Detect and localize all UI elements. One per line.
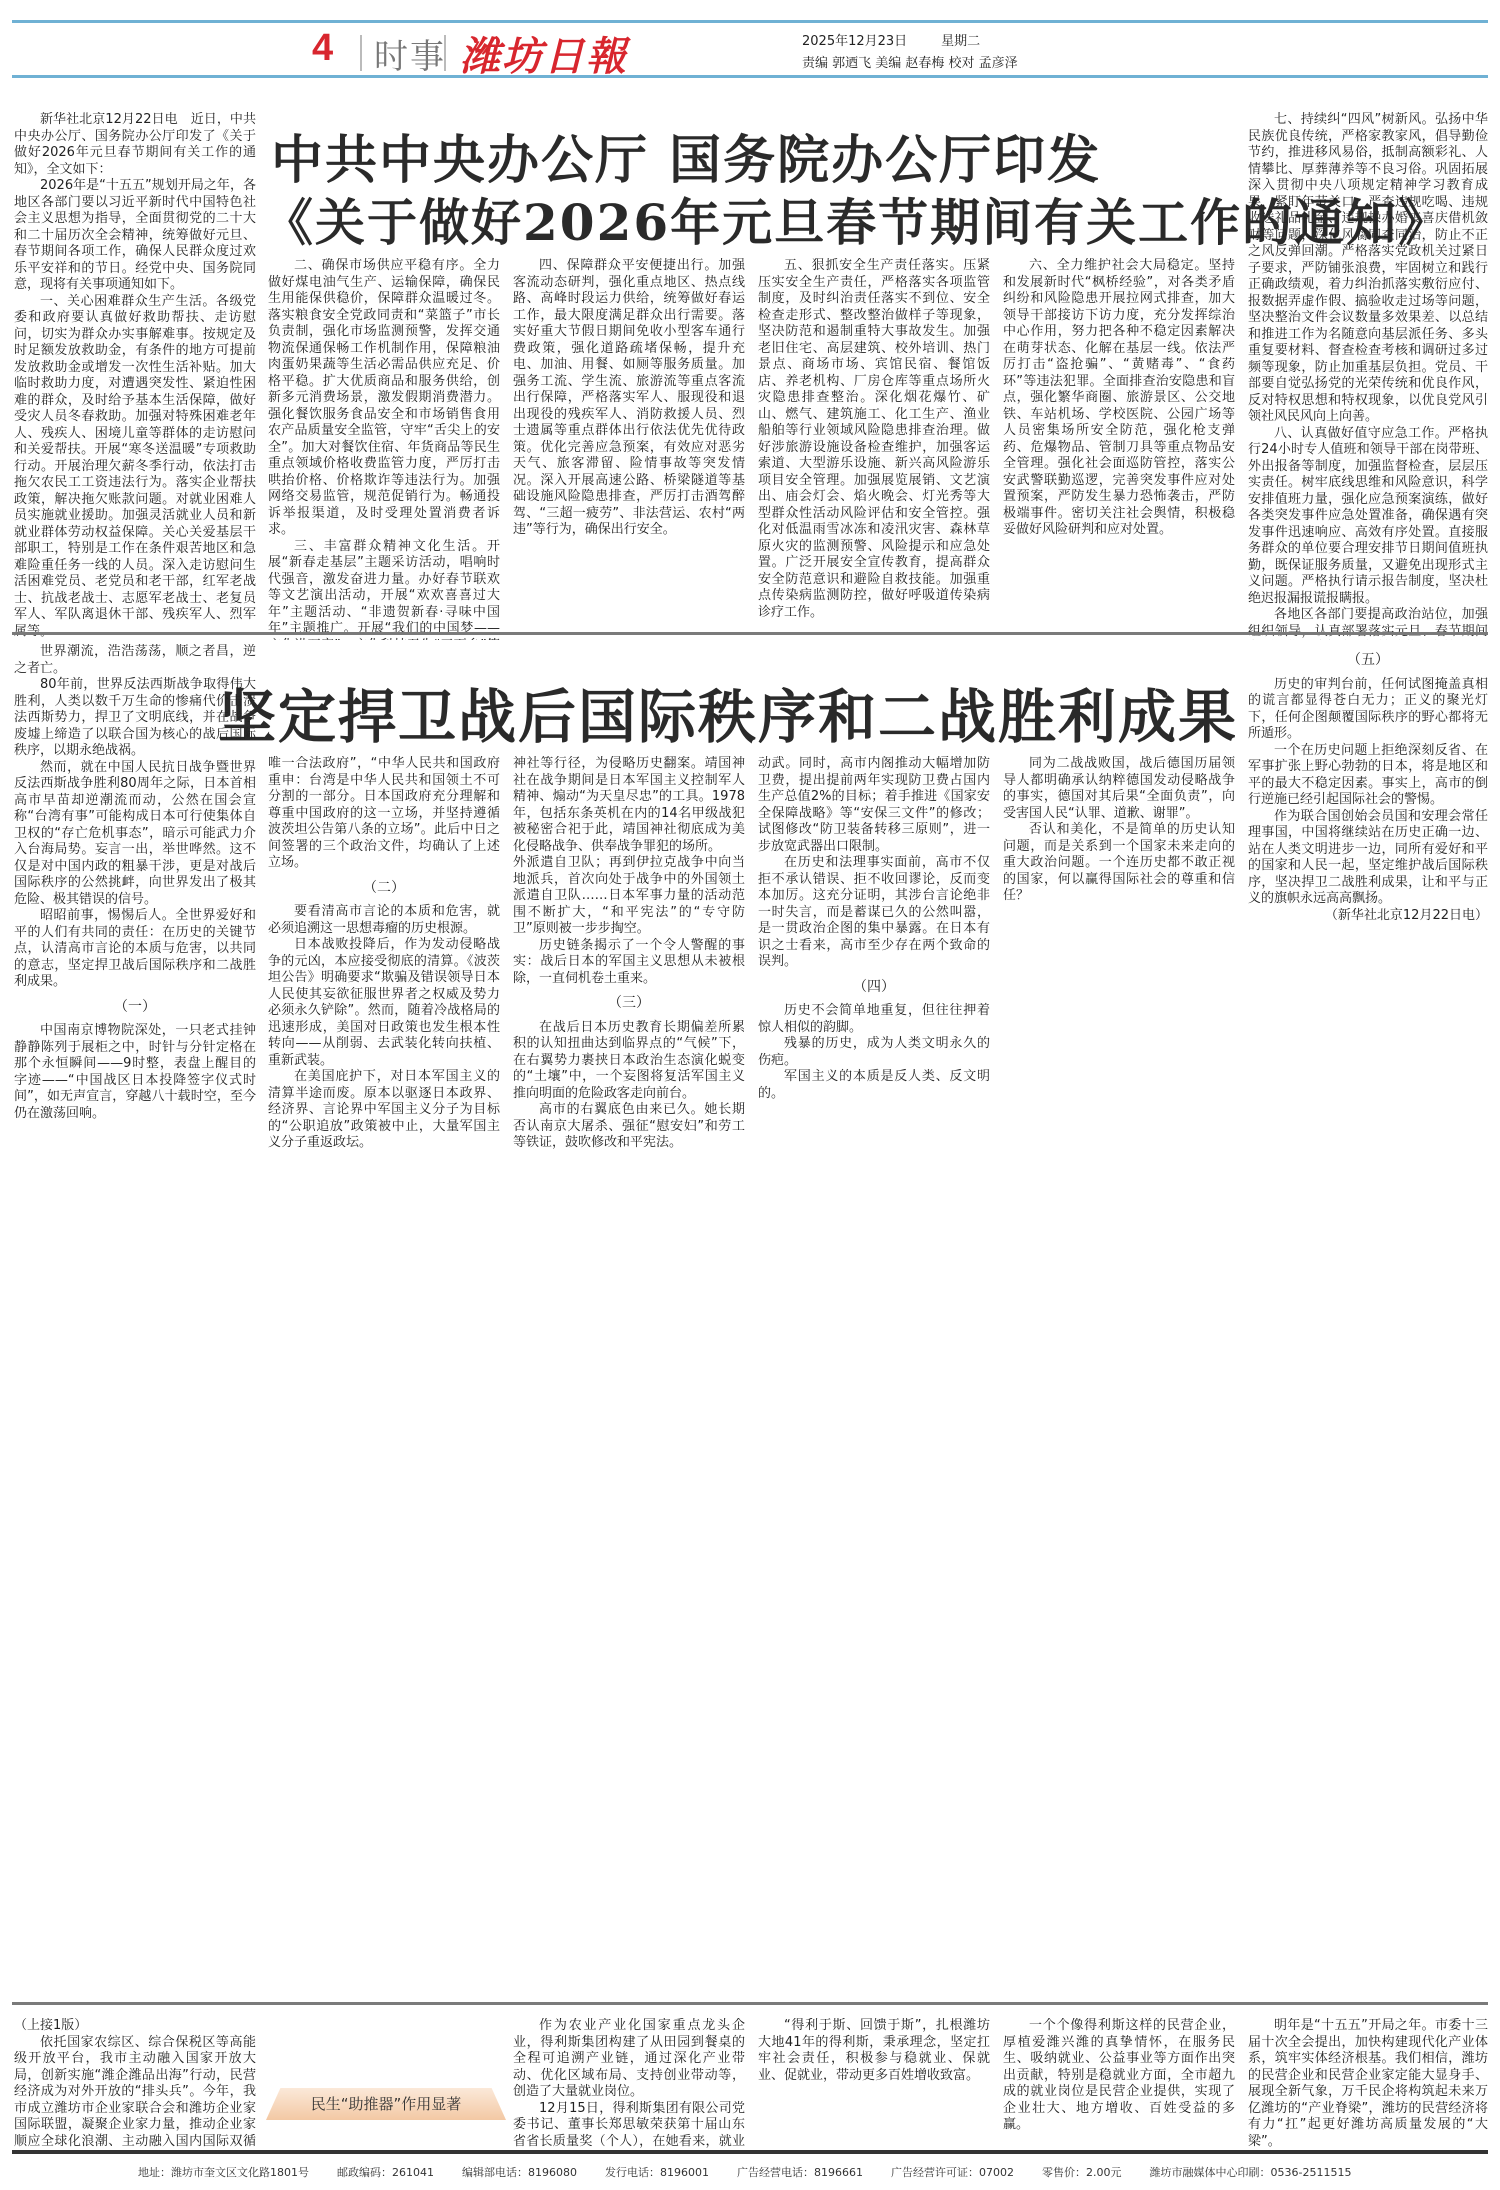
article2-paragraph: 同为二战战败国，战后德国历届领导人都明确承认纳粹德国发动侵略战争的事实，德国对其… xyxy=(1003,756,1235,822)
article1-col3: 四、保障群众平安便捷出行。加强客流动态研判，强化重点地区、热点线路、高峰时段运力… xyxy=(513,258,745,640)
article2-paragraph: 历史链条揭示了一个令人警醒的事实：战后日本的军国主义思想从未被根除，一直伺机卷土… xyxy=(513,938,745,988)
article2-paragraph: 外派遣自卫队；再到伊拉克战争中向当地派兵，首次向处于战争中的外国领土派遣自卫队…… xyxy=(513,855,745,938)
article2-col2: 唯一合法政府”，“中华人民共和国政府重申：台湾是中华人民共和国领土不可分割的一部… xyxy=(268,756,500,1944)
article2-paragraph: 然而，就在中国人民抗日战争暨世界反法西斯战争胜利80周年之际，日本首相高市早苗却… xyxy=(14,760,256,909)
footer-divider xyxy=(12,2150,1488,2154)
article3-subheading: 民生“助推器”作用显著 xyxy=(266,2088,506,2120)
article1-paragraph: 二、确保市场供应平稳有序。全力做好煤电油气生产、运输保障，确保民生用能保供稳价，… xyxy=(268,258,500,539)
article2-paragraph: 否认和美化，不是简单的历史认知问题，而是关系到一个国家未来走向的重大政治问题。一… xyxy=(1003,822,1235,905)
article3-col1: （上接1版） 依托国家农综区、综合保税区等高能级开放平台，我市主动融入国家开放大… xyxy=(14,2018,256,2148)
section-marker: （四） xyxy=(758,979,990,996)
article2-paragraph: 神社等行径，为侵略历史翻案。靖国神社在战争期间是日本军国主义控制军人精神、煽动“… xyxy=(513,756,745,855)
footer-postcode: 邮政编码：261041 xyxy=(337,2164,434,2180)
continued-from-label: （上接1版） xyxy=(14,2018,256,2035)
article2-headline: 坚定捍卫战后国际秩序和二战胜利成果 xyxy=(218,670,1238,754)
newspaper-logo: 潍坊日報 xyxy=(460,25,628,82)
article2-col3: 神社等行径，为侵略历史翻案。靖国神社在战争期间是日本军国主义控制军人精神、煽动“… xyxy=(513,756,745,1944)
masthead-info: 2025年12月23日星期二 责编 郭迺飞 美编 赵春梅 校对 孟彦泽 xyxy=(802,31,1018,75)
article2-col4: 动武。同时，高市内阁推动大幅增加防卫费，提出提前两年实现防卫费占国内生产总值2%… xyxy=(758,756,990,1944)
footer-address: 地址：潍坊市奎文区文化路1801号 xyxy=(138,2164,309,2180)
article1-paragraph: 三、丰富群众精神文化生活。开展“新春走基层”主题采访活动，唱响时代强音，激发奋进… xyxy=(268,539,500,641)
article2-paragraph: 军国主义的本质是反人类、反文明的。 xyxy=(758,1069,990,1102)
masthead-divider xyxy=(360,35,362,71)
article1-paragraph: 2026年是“十五五”规划开局之年，各地区各部门要以习近平新时代中国特色社会主义… xyxy=(14,178,256,294)
article1-paragraph: 六、全力维护社会大局稳定。坚持和发展新时代“枫桥经验”，对各类矛盾纠纷和风险隐患… xyxy=(1003,258,1235,539)
editor-credits: 责编 郭迺飞 美编 赵春梅 校对 孟彦泽 xyxy=(802,53,1018,75)
section-marker: （一） xyxy=(14,999,256,1016)
article3-paragraph: 依托国家农综区、综合保税区等高能级开放平台，我市主动融入国家开放大局，创新实施“… xyxy=(14,2035,256,2149)
article2-paragraph: 在美国庇护下，对日本军国主义的清算半途而废。原本以驱逐日本政界、经济界、言论界中… xyxy=(268,1069,500,1152)
article3-col4: “得利于斯、回馈于斯”，扎根潍坊大地41年的得利斯，秉承理念，坚定扛牢社会责任，… xyxy=(758,2018,990,2148)
article2-paragraph: 日本战败投降后，作为发动侵略战争的元凶，本应接受彻底的清算。《波茨坦公告》明确要… xyxy=(268,937,500,1069)
article3-paragraph: 一个个像得利斯这样的民营企业，厚植爱潍兴潍的真挚情怀，在服务民生、吸纳就业、公益… xyxy=(1003,2018,1235,2134)
article1-col1: 新华社北京12月22日电 近日，中共中央办公厅、国务院办公厅印发了《关于做好20… xyxy=(14,112,256,640)
article2-opening: 世界潮流，浩浩荡荡，顺之者昌，逆之者亡。 xyxy=(14,644,256,677)
issue-date: 2025年12月23日 xyxy=(802,34,907,49)
footer-ad-phone: 广告经营电话：8196661 xyxy=(737,2164,863,2180)
article2-col5: 同为二战战败国，战后德国历届领导人都明确承认纳粹德国发动侵略战争的事实，德国对其… xyxy=(1003,756,1235,1944)
article2-paragraph: 昭昭前事，惕惕后人。全世界爱好和平的人们有共同的责任：在历史的关键节点，认清高市… xyxy=(14,908,256,991)
article1-col5: 六、全力维护社会大局稳定。坚持和发展新时代“枫桥经验”，对各类矛盾纠纷和风险隐患… xyxy=(1003,258,1235,640)
article3-paragraph: “得利于斯、回馈于斯”，扎根潍坊大地41年的得利斯，秉承理念，坚定扛牢社会责任，… xyxy=(758,2018,990,2084)
article2-paragraph: 动武。同时，高市内阁推动大幅增加防卫费，提出提前两年实现防卫费占国内生产总值2%… xyxy=(758,756,990,855)
article1-headline-line1: 中共中央办公厅 国务院办公厅印发 xyxy=(271,118,1101,193)
article1-paragraph: 八、认真做好值守应急工作。严格执行24小时专人值班和领导干部在岗带班、外出报备等… xyxy=(1248,426,1488,608)
article3-col6: 明年是“十五五”开局之年。市委十三届十次全会提出，加快构建现代化产业体系，筑牢实… xyxy=(1248,2018,1488,2148)
article2-paragraph: 作为联合国创始会员国和安理会常任理事国，中国将继续站在历史正确一边、站在人类文明… xyxy=(1248,809,1488,908)
issue-weekday: 星期二 xyxy=(941,34,980,49)
masthead: 4 时事 潍坊日報 2025年12月23日星期二 责编 郭迺飞 美编 赵春梅 校… xyxy=(12,20,1488,78)
article1-col4: 五、狠抓安全生产责任落实。压紧压实安全生产责任，严格落实各项监管制度，及时纠治责… xyxy=(758,258,990,640)
article3-col3: 作为农业产业化国家重点龙头企业，得利斯集团构建了从田园到餐桌的全程可追溯产业链，… xyxy=(513,2018,745,2148)
article3-paragraph: 明年是“十五五”开局之年。市委十三届十次全会提出，加快构建现代化产业体系，筑牢实… xyxy=(1248,2018,1488,2148)
newspaper-page: 4 时事 潍坊日報 2025年12月23日星期二 责编 郭迺飞 美编 赵春梅 校… xyxy=(8,0,1492,2190)
article2-paragraph: 在战后日本历史教育长期偏差所累积的认知扭曲达到临界点的“气候”下，在右翼势力裹挟… xyxy=(513,1020,745,1103)
article2-dateline: （新华社北京12月22日电） xyxy=(1248,908,1488,925)
article2-paragraph: 一个在历史问题上拒绝深刻反省、在军事扩张上野心勃勃的日本，将是地区和平的最大不稳… xyxy=(1248,743,1488,809)
article-divider xyxy=(12,632,1488,635)
article1-col6: 七、持续纠“四风”树新风。弘扬中华民族优良传统，严格家教家风，倡导勤俭节约，推进… xyxy=(1248,112,1488,640)
article2-paragraph: 历史的审判台前，任何试图掩盖真相的谎言都显得苍白无力；正义的聚光灯下，任何企图颠… xyxy=(1248,677,1488,743)
article1-lead: 新华社北京12月22日电 近日，中共中央办公厅、国务院办公厅印发了《关于做好20… xyxy=(14,112,256,178)
article2-paragraph: 要看清高市言论的本质和危害，就必须追溯这一思想毒瘤的历史根源。 xyxy=(268,904,500,937)
article3-paragraph: 作为农业产业化国家重点龙头企业，得利斯集团构建了从田园到餐桌的全程可追溯产业链，… xyxy=(513,2018,745,2101)
article-divider xyxy=(12,2002,1488,2005)
article1-paragraph: 五、狠抓安全生产责任落实。压紧压实安全生产责任，严格落实各项监管制度，及时纠治责… xyxy=(758,258,990,621)
article2-paragraph: 高市的右翼底色由来已久。她长期否认南京大屠杀、强征“慰安妇”和劳工等铁证，鼓吹修… xyxy=(513,1102,745,1152)
footer: 地址：潍坊市奎文区文化路1801号 邮政编码：261041 编辑部电话：8196… xyxy=(12,2160,1488,2184)
article1-col2: 二、确保市场供应平稳有序。全力做好煤电油气生产、运输保障，确保民生用能保供稳价，… xyxy=(268,258,500,640)
masthead-divider xyxy=(444,35,446,71)
section-marker: （二） xyxy=(268,880,500,897)
article2-paragraph: 80年前，世界反法西斯战争取得伟大胜利，人类以数千万生命的惨痛代价击溃法西斯势力… xyxy=(14,677,256,760)
article2-paragraph: 在历史和法理事实面前，高市不仅拒不承认错误、拒不收回谬论，反而变本加厉。这充分证… xyxy=(758,855,990,971)
footer-printer: 潍坊市融媒体中心印刷：0536-2511515 xyxy=(1150,2164,1352,2180)
article2-paragraph: 中国南京博物院深处，一只老式挂钟静静陈列于展柜之中，时针与分针定格在那个永恒瞬间… xyxy=(14,1023,256,1122)
article2-paragraph: 唯一合法政府”，“中华人民共和国政府重申：台湾是中华人民共和国领土不可分割的一部… xyxy=(268,756,500,872)
section-title: 时事 xyxy=(374,29,446,78)
section-marker: （三） xyxy=(513,995,745,1012)
article1-paragraph: 一、关心困难群众生产生活。各级党委和政府要认真做好救助帮扶、走访慰问，切实为群众… xyxy=(14,294,256,641)
footer-editorial-phone: 编辑部电话：8196080 xyxy=(462,2164,577,2180)
article1-paragraph: 四、保障群众平安便捷出行。加强客流动态研判，强化重点地区、热点线路、高峰时段运力… xyxy=(513,258,745,539)
article3-col5: 一个个像得利斯这样的民营企业，厚植爱潍兴潍的真挚情怀，在服务民生、吸纳就业、公益… xyxy=(1003,2018,1235,2148)
footer-ad-license: 广告经营许可证：07002 xyxy=(891,2164,1014,2180)
article2-col1: 世界潮流，浩浩荡荡，顺之者昌，逆之者亡。 80年前，世界反法西斯战争取得伟大胜利… xyxy=(14,644,256,1944)
article1-paragraph: 七、持续纠“四风”树新风。弘扬中华民族优良传统，严格家教家风，倡导勤俭节约，推进… xyxy=(1248,112,1488,426)
article2-paragraph: 残暴的历史，成为人类文明永久的伤疤。 xyxy=(758,1036,990,1069)
section-marker: （五） xyxy=(1248,652,1488,669)
article3-paragraph: 12月15日，得利斯集团有限公司党委书记、董事长郑思敏荣获第十届山东省省长质量奖… xyxy=(513,2101,745,2149)
article2-col6: （五） 历史的审判台前，任何试图掩盖真相的谎言都显得苍白无力；正义的聚光灯下，任… xyxy=(1248,644,1488,1944)
article2-paragraph: 历史不会简单地重复，但往往押着惊人相似的韵脚。 xyxy=(758,1003,990,1036)
footer-distribution-phone: 发行电话：8196001 xyxy=(605,2164,709,2180)
article1-paragraph: 各地区各部门要提高政治站位，加强组织领导，认真部署落实元旦、春节期间各项工作，确… xyxy=(1248,607,1488,640)
page-number: 4 xyxy=(312,27,333,70)
footer-retail-price: 零售价：2.00元 xyxy=(1042,2164,1122,2180)
